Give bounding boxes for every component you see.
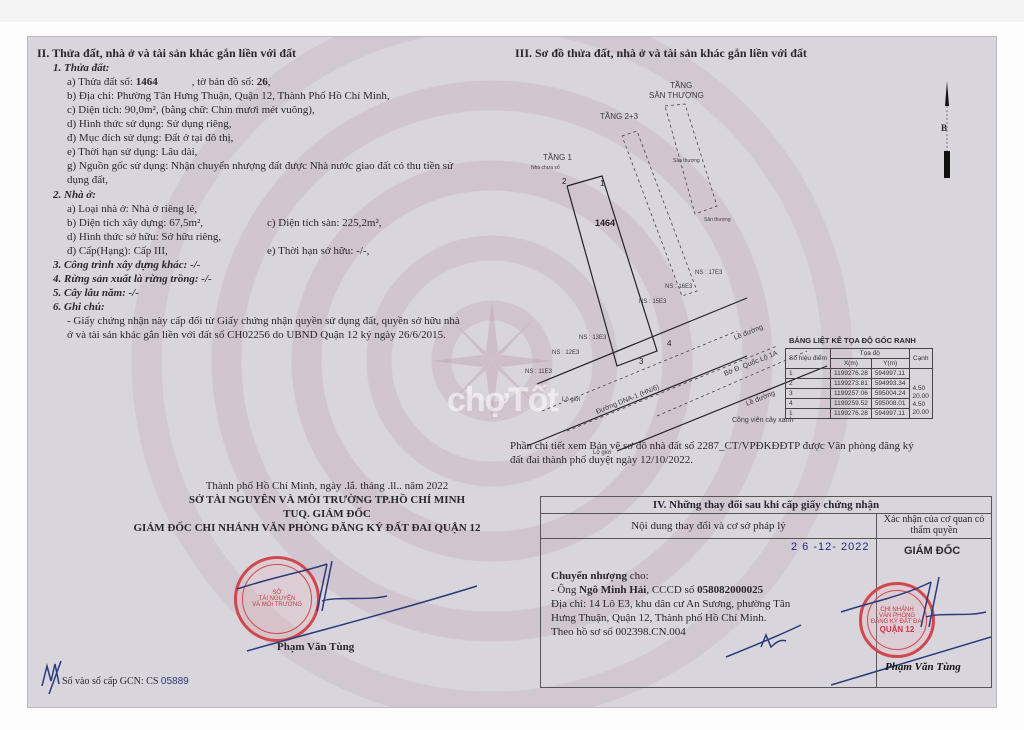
transferee-id: 058082000025	[697, 584, 763, 596]
parcel-number: 1464	[136, 76, 158, 88]
cell: 1199273.81	[830, 379, 871, 389]
change-date: 2 6 -12- 2022	[791, 541, 869, 553]
col-y: Y(m)	[871, 359, 909, 369]
signer-name-1: Phạm Văn Tùng	[277, 640, 354, 654]
cell: 594993.34	[871, 379, 909, 389]
section-3-title: III. Sơ đồ thửa đất, nhà ở và tài sản kh…	[515, 46, 807, 61]
title-prefix: - Ông	[551, 584, 579, 596]
col-confirmation: Xác nhận của cơ quan có thẩm quyền	[877, 514, 991, 539]
note-line-1: - Giấy chứng nhận này cấp đổi từ Giấy ch…	[67, 314, 460, 328]
house-type-line: a) Loại nhà ở: Nhà ở riêng lẻ,	[67, 202, 197, 216]
address-line: b) Địa chỉ: Phường Tân Hưng Thuận, Quận …	[67, 89, 390, 103]
registry-number-line: Số vào sổ cấp GCN: CS 05889	[62, 675, 189, 689]
cell: 1199259.52	[830, 399, 871, 409]
land-heading: 1. Thửa đất:	[53, 61, 109, 75]
edge-cell: 4.5020.004.5020.00	[909, 369, 932, 419]
label-unnumbered-house: Nhà chưa số	[531, 165, 560, 171]
col-change-content: Nội dung thay đổi và cơ sở pháp lý	[541, 514, 877, 539]
ownership-line: d) Hình thức sở hữu: Sở hữu riêng,	[67, 230, 221, 244]
entry-line-2: - Ông Ngô Minh Hải, CCCD số 058082000025	[551, 583, 790, 597]
perennial-line: 5. Cây lâu năm: -/-	[53, 286, 139, 300]
cell: 1199276.28	[830, 409, 871, 419]
parcel-label: a) Thửa đất số:	[67, 76, 136, 88]
origin-line-1: g) Nguồn gốc sử dụng: Nhận chuyển nhượng…	[67, 159, 453, 173]
edge-1: 4.50	[913, 385, 929, 393]
place-date: Thành phố Hồ Chí Minh, ngày .lắ. tháng .…	[147, 479, 507, 493]
col-coords: Tọa độ	[830, 349, 909, 359]
grade-line: đ) Cấp(Hạng): Cấp III,	[67, 244, 168, 258]
department: SỞ TÀI NGUYÊN VÀ MÔI TRƯỜNG TP.HỒ CHÍ MI…	[147, 493, 507, 507]
use-form-line: d) Hình thức sử dụng: Sử dụng riêng,	[67, 117, 232, 131]
entry-line-1: Chuyển nhượng cho:	[551, 569, 790, 583]
signing-block: Thành phố Hồ Chí Minh, ngày .lắ. tháng .…	[147, 479, 507, 535]
tuq-line: TUQ. GIÁM ĐỐC	[147, 507, 507, 521]
map-sheet-number: 26	[257, 76, 268, 88]
label-ns-13e3: NS : 13E3	[579, 335, 607, 341]
parcel-number-line: a) Thửa đất số: 1464, tờ bản đồ số: 26,	[67, 75, 271, 89]
confirm-title: GIÁM ĐỐC	[904, 545, 960, 557]
transfer-label: Chuyển nhượng	[551, 570, 627, 582]
house-heading: 2. Nhà ở:	[53, 188, 96, 202]
signer-name-2: Phạm Văn Tùng	[885, 661, 961, 673]
transferee-name: Ngô Minh Hải	[579, 584, 646, 596]
label-ns-17e3: NS : 17E3	[695, 270, 723, 276]
transfer-to: cho:	[627, 570, 649, 582]
table-row: 11199276.28594997.114.5020.004.5020.00	[786, 369, 933, 379]
north-label: B	[941, 121, 947, 135]
point-3: 3	[639, 357, 644, 366]
director-title: GIÁM ĐỐC CHI NHÁNH VĂN PHÒNG ĐĂNG KÝ ĐẤT…	[67, 521, 547, 535]
other-works-line: 3. Công trình xây dựng khác: -/-	[53, 258, 200, 272]
label-floor-1: TẦNG 1	[543, 152, 572, 162]
section-4-title: IV. Những thay đổi sau khi cấp giấy chứn…	[541, 497, 991, 514]
registry-number: 05889	[161, 676, 189, 687]
cell: 4	[786, 399, 831, 409]
floor-area-line: c) Diện tích sàn: 225,2m²,	[267, 216, 382, 230]
cell: 1199257.06	[830, 389, 871, 399]
cell: 594997.11	[871, 369, 909, 379]
label-parcel-1464: 1464	[595, 218, 615, 228]
col-x: X(m)	[830, 359, 871, 369]
map-sheet-label: , tờ bản đồ số:	[192, 76, 257, 88]
land-certificate-sheet: chợTốt II. Thửa đất, nhà ở và tài sản kh…	[27, 36, 997, 708]
forest-line: 4. Rừng sản xuất là rừng trồng: -/-	[53, 272, 212, 286]
registry-label: Số vào sổ cấp GCN: CS	[62, 676, 161, 687]
label-ns-12e3: NS : 12E3	[552, 350, 580, 356]
edge-3: 4.50	[913, 401, 929, 409]
detail-note-2: đất đai thành phố duyệt ngày 12/10/2022.	[510, 453, 693, 467]
cell: 2	[786, 379, 831, 389]
cell: 595004.24	[871, 389, 909, 399]
id-label: , CCCD số	[646, 584, 697, 596]
label-ns-15e3: NS : 15E3	[639, 299, 667, 305]
origin-line-2: dụng đất,	[67, 173, 108, 187]
coord-table-title: BẢNG LIỆT KÊ TỌA ĐỘ GÓC RANH	[789, 336, 916, 345]
cell: 1199276.28	[830, 369, 871, 379]
notes-heading: 6. Ghi chú:	[53, 300, 105, 314]
initials-signature-2-icon	[721, 617, 811, 667]
purpose-line: đ) Mục đích sử dụng: Đất ở tại đô thị,	[67, 131, 233, 145]
label-le-duong-top: Lề đường	[732, 322, 764, 342]
cell: 594997.11	[871, 409, 909, 419]
col-edge: Cạnh	[909, 349, 932, 369]
point-4: 4	[667, 339, 672, 348]
label-roof-floor-2: SÂN THƯỢNG	[649, 91, 704, 100]
edge-4: 20.00	[913, 409, 929, 417]
coordinate-table: Số hiệu điểm Tọa độ Cạnh X(m) Y(m) 11199…	[785, 348, 933, 419]
term-line: e) Thời hạn sử dụng: Lâu dài,	[67, 145, 197, 159]
cell: 1	[786, 369, 831, 379]
edge-2: 20.00	[913, 393, 929, 401]
section-2-title: II. Thửa đất, nhà ở và tài sản khác gắn …	[37, 46, 296, 61]
top-margin	[0, 0, 1024, 22]
own-term-line: e) Thời hạn sở hữu: -/-,	[267, 244, 369, 258]
label-floor-2-3: TẦNG 2+3	[600, 111, 639, 121]
build-area-line: b) Diện tích xây dựng: 67,5m²,	[67, 216, 203, 230]
cell: 3	[786, 389, 831, 399]
label-road-side: Đường DNA-1 (HN/6)	[595, 384, 660, 416]
area-line: c) Diện tích: 90,0m², (bằng chữ: Chín mư…	[67, 103, 315, 117]
label-san-thuong-2: Sân thượng	[673, 158, 700, 164]
changes-table: IV. Những thay đổi sau khi cấp giấy chứn…	[540, 496, 992, 688]
note-line-2: ở và tài sản khác gắn liền với đất số CH…	[67, 328, 446, 342]
entry-line-3: Địa chỉ: 14 Lô E3, khu dân cư An Sương, …	[551, 597, 790, 611]
cell: 595008.01	[871, 399, 909, 409]
label-ns-11e3: NS : 11E3	[525, 369, 553, 375]
label-san-thuong-1: Sân thượng	[704, 217, 731, 223]
col-point: Số hiệu điểm	[786, 349, 831, 369]
label-roof-floor-1: TẦNG	[670, 80, 692, 90]
detail-note-1: Phần chi tiết xem Bản vẽ sơ đồ nhà đất s…	[510, 439, 914, 453]
cell: 1	[786, 409, 831, 419]
point-2: 2	[562, 177, 567, 186]
